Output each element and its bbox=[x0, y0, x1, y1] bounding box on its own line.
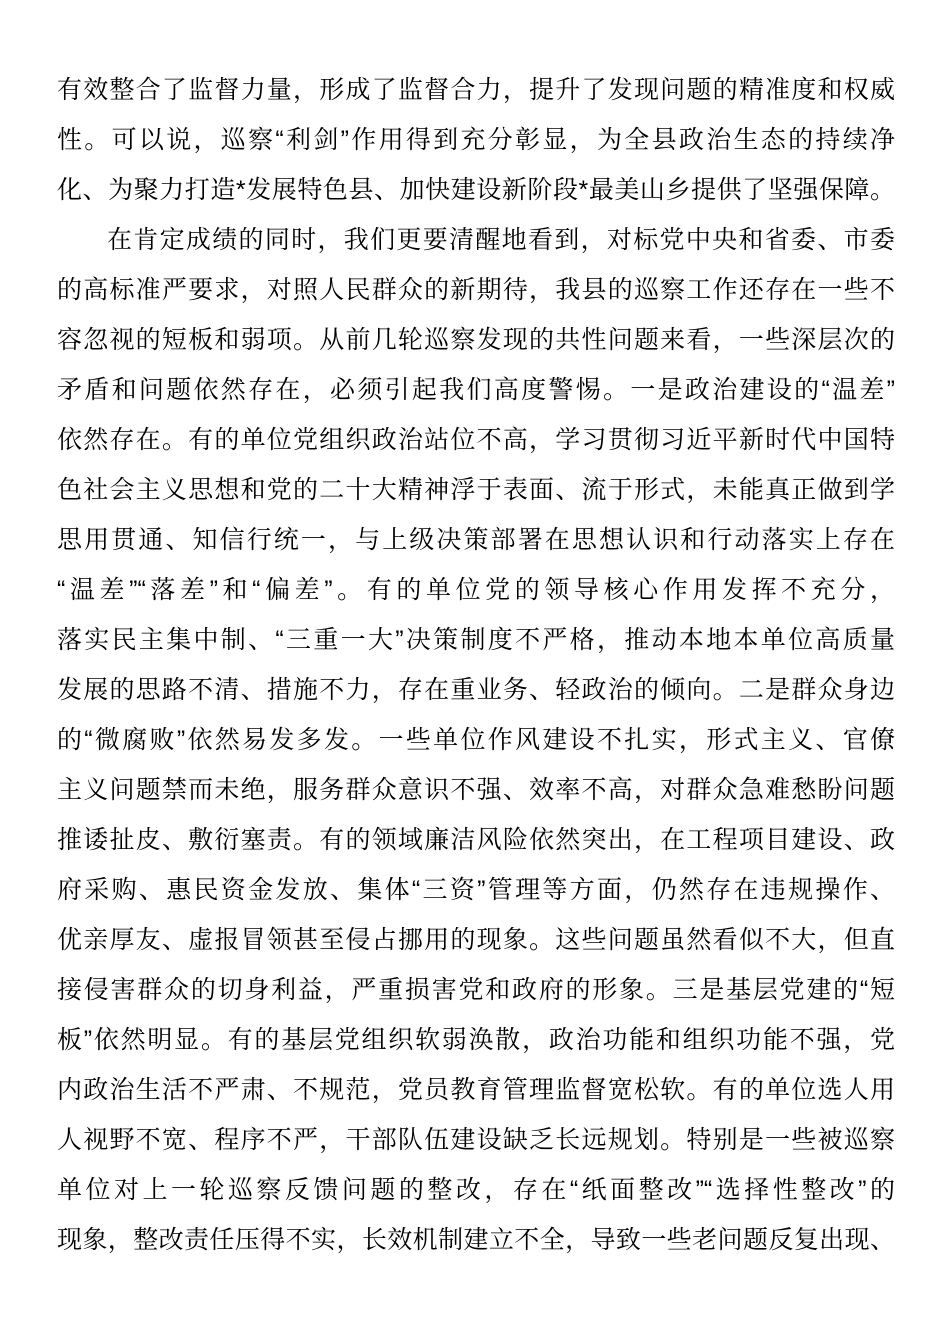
text-line: 现象，整改责任压得不实，长效机制建立不全，导致一些老问题反复出现、 bbox=[57, 1215, 895, 1265]
text-line: 思用贯通、知信行统一，与上级决策部署在思想认识和行动落实上存在 bbox=[57, 515, 895, 565]
text-line: 推诿扯皮、敷衍塞责。有的领域廉洁风险依然突出，在工程项目建设、政 bbox=[57, 815, 895, 865]
text-line: 板”依然明显。有的基层党组织软弱涣散，政治功能和组织功能不强，党 bbox=[57, 1015, 895, 1065]
text-line: 依然存在。有的单位党组织政治站位不高，学习贯彻习近平新时代中国特 bbox=[57, 415, 895, 465]
text-line: 接侵害群众的切身利益，严重损害党和政府的形象。三是基层党建的“短 bbox=[57, 965, 895, 1015]
text-line: 色社会主义思想和党的二十大精神浮于表面、流于形式，未能真正做到学 bbox=[57, 465, 895, 515]
text-line: 单位对上一轮巡察反馈问题的整改，存在“纸面整改”“选择性整改”的 bbox=[57, 1165, 895, 1215]
text-line: 主义问题禁而未绝，服务群众意识不强、效率不高，对群众急难愁盼问题 bbox=[57, 765, 895, 815]
paragraph-continuation: 有效整合了监督力量，形成了监督合力，提升了发现问题的精准度和权威性。可以说，巡察… bbox=[57, 65, 895, 215]
text-line: 内政治生活不严肃、不规范，党员教育管理监督宽松软。有的单位选人用 bbox=[57, 1065, 895, 1115]
text-line: 落实民主集中制、“三重一大”决策制度不严格，推动本地本单位高质量 bbox=[57, 615, 895, 665]
text-line: 在肯定成绩的同时，我们更要清醒地看到，对标党中央和省委、市委 bbox=[57, 215, 895, 265]
text-line: 有效整合了监督力量，形成了监督合力，提升了发现问题的精准度和权威 bbox=[57, 65, 895, 115]
text-line: 化、为聚力打造*发展特色县、加快建设新阶段*最美山乡提供了坚强保障。 bbox=[57, 165, 895, 215]
text-line: “温差”“落差”和“偏差”。有的单位党的领导核心作用发挥不充分， bbox=[57, 565, 895, 615]
text-line: 的高标准严要求，对照人民群众的新期待，我县的巡察工作还存在一些不 bbox=[57, 265, 895, 315]
text-line: 矛盾和问题依然存在，必须引起我们高度警惕。一是政治建设的“温差” bbox=[57, 365, 895, 415]
text-line: 的“微腐败”依然易发多发。一些单位作风建设不扎实，形式主义、官僚 bbox=[57, 715, 895, 765]
text-line: 发展的思路不清、措施不力，存在重业务、轻政治的倾向。二是群众身边 bbox=[57, 665, 895, 715]
text-line: 优亲厚友、虚报冒领甚至侵占挪用的现象。这些问题虽然看似不大，但直 bbox=[57, 915, 895, 965]
text-line: 人视野不宽、程序不严，干部队伍建设缺乏长远规划。特别是一些被巡察 bbox=[57, 1115, 895, 1165]
document-page: 有效整合了监督力量，形成了监督合力，提升了发现问题的精准度和权威性。可以说，巡察… bbox=[57, 65, 895, 1265]
text-line: 容忽视的短板和弱项。从前几轮巡察发现的共性问题来看，一些深层次的 bbox=[57, 315, 895, 365]
paragraph-problems: 在肯定成绩的同时，我们更要清醒地看到，对标党中央和省委、市委的高标准严要求，对照… bbox=[57, 215, 895, 1265]
text-line: 性。可以说，巡察“利剑”作用得到充分彰显，为全县政治生态的持续净 bbox=[57, 115, 895, 165]
text-line: 府采购、惠民资金发放、集体“三资”管理等方面，仍然存在违规操作、 bbox=[57, 865, 895, 915]
